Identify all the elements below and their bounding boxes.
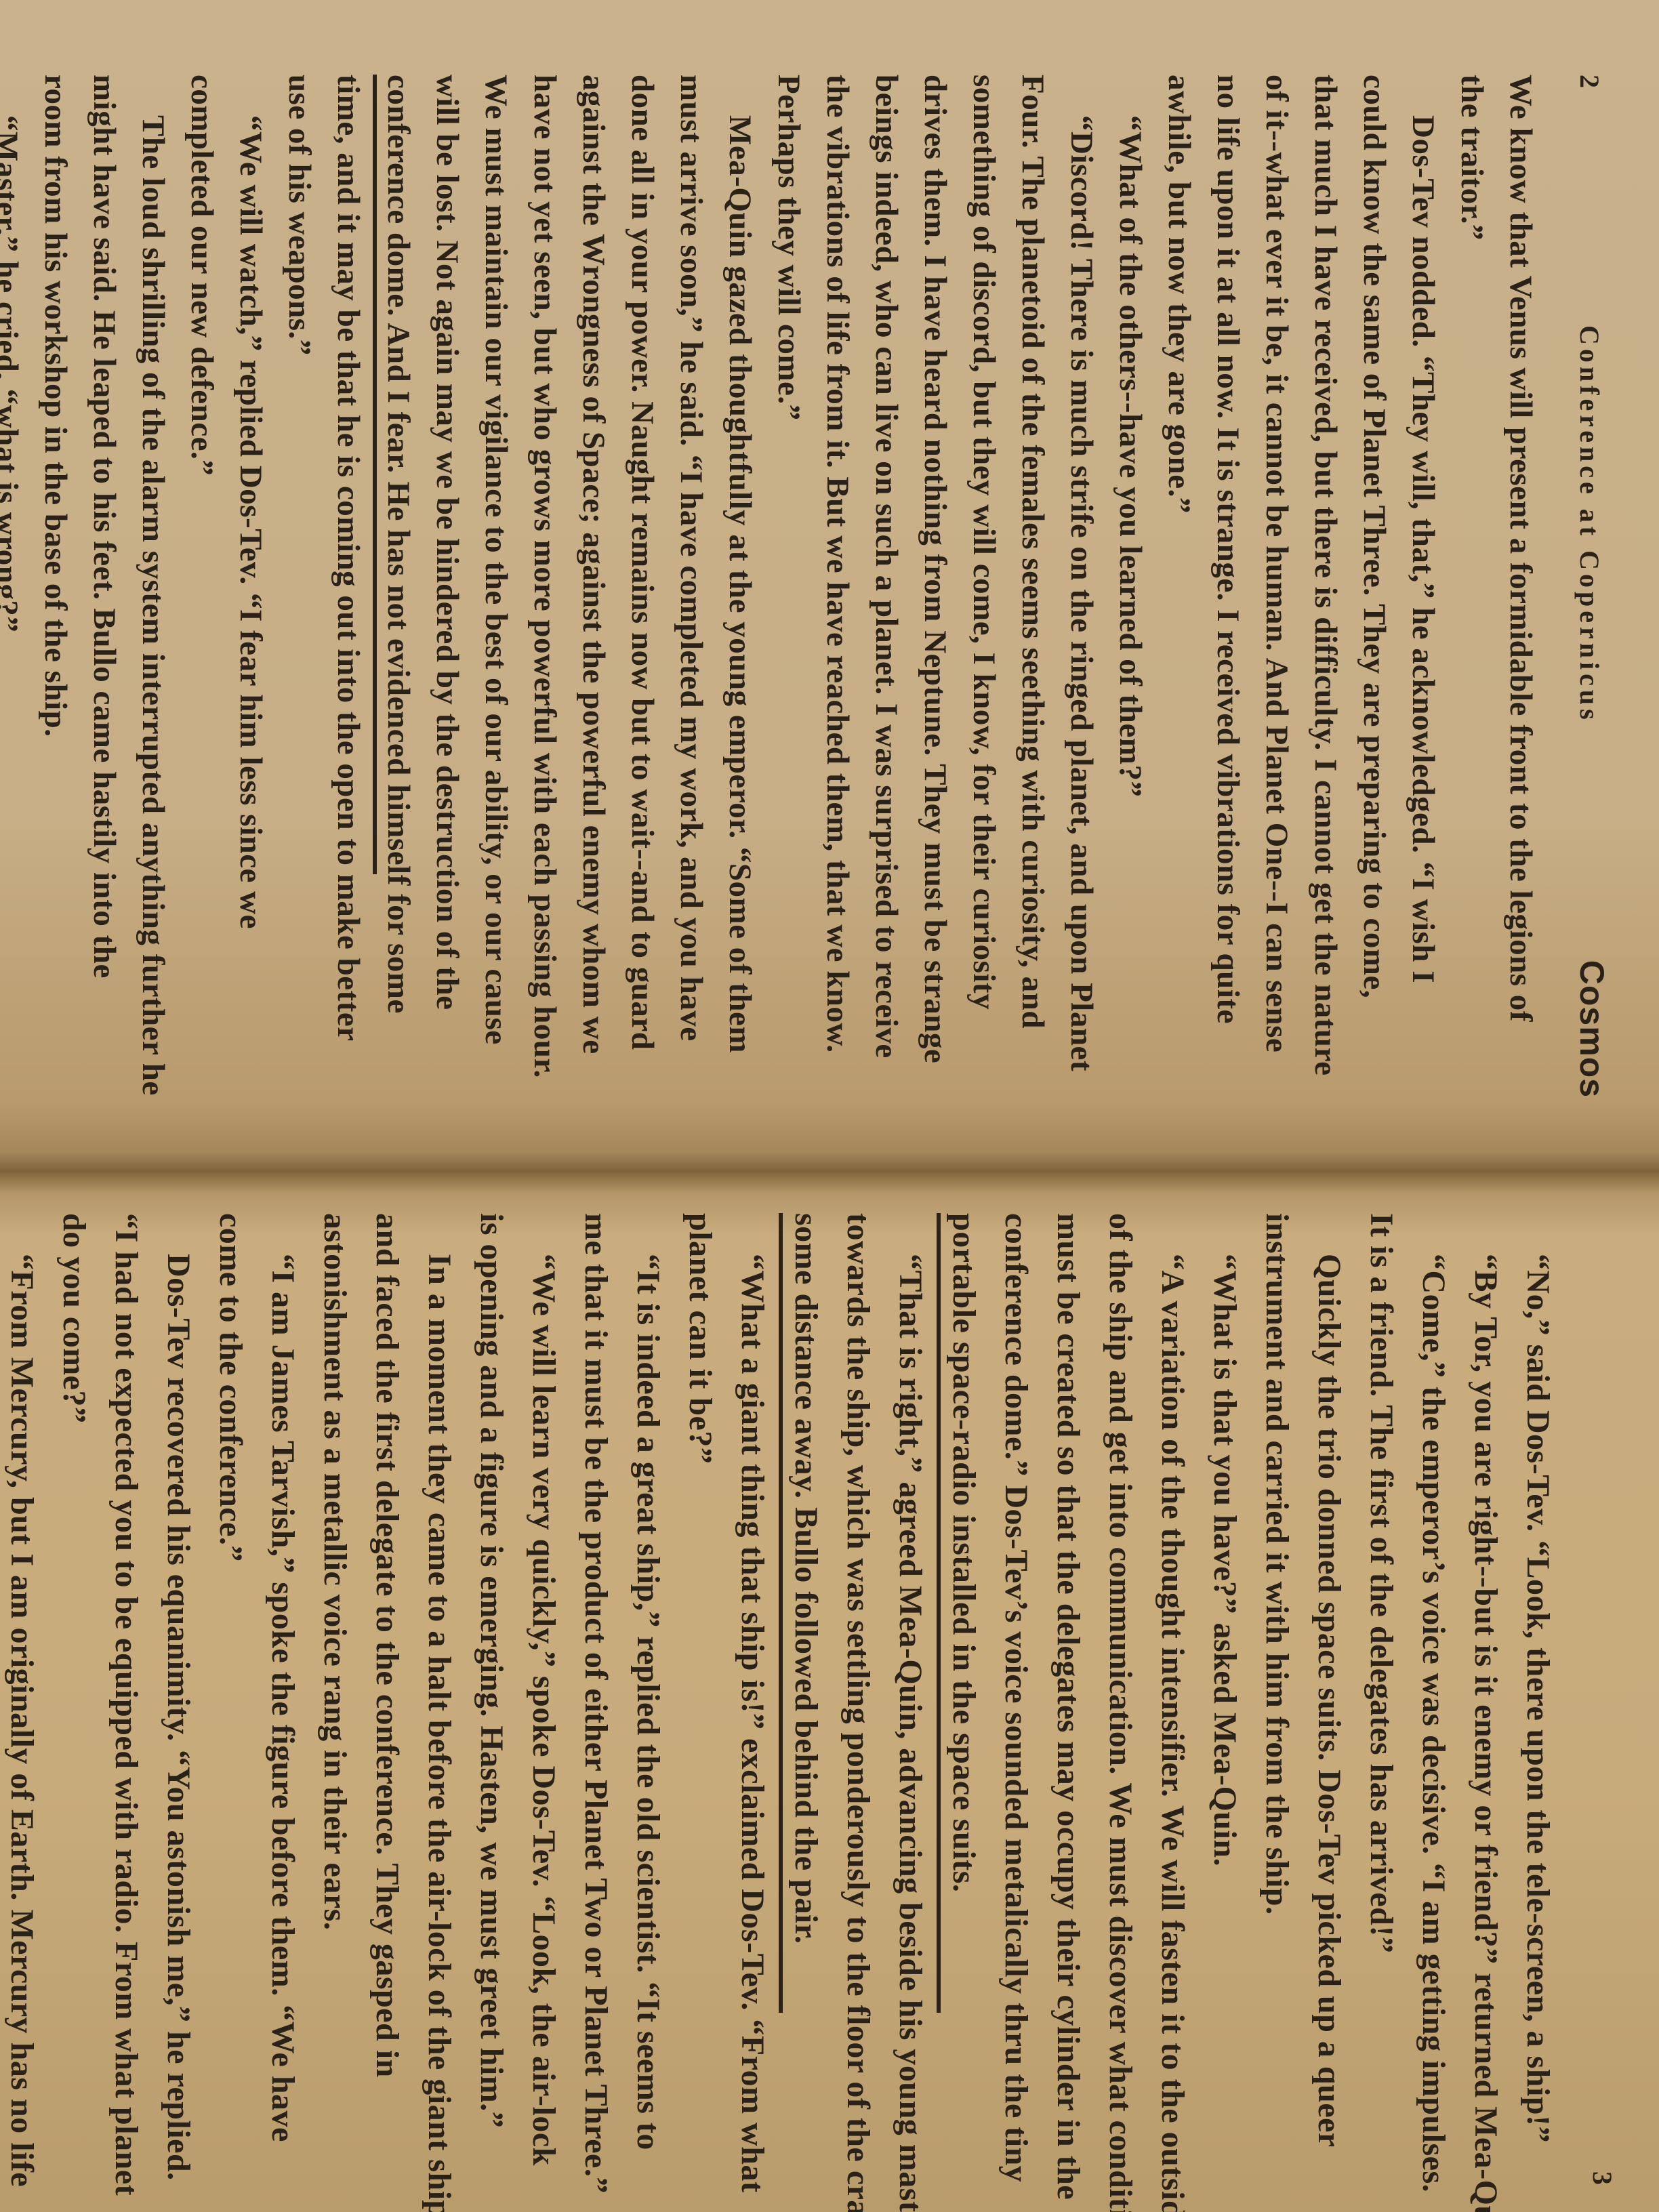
text-line: drives them. I have heard nothing from N… — [911, 75, 960, 1098]
text-line: “Come,” the emperor’s voice was decisive… — [1408, 1213, 1460, 2185]
text-line: “That is right,” agreed Mea-Quin, advanc… — [884, 1213, 937, 2185]
text-line: against the Wrongness of Space; against … — [569, 75, 618, 1098]
text-line: the traitor.” — [1448, 75, 1496, 1098]
text-line: come to the conference.” — [205, 1213, 257, 2185]
text-line: and faced the first delegate to the conf… — [361, 1213, 413, 2185]
text-line: room from his workshop in the base of th… — [31, 75, 80, 1098]
text-line: “A variation of the thought intensifier.… — [1147, 1213, 1199, 2185]
text-line: completed our new defence.” — [178, 75, 226, 1098]
running-title: Conference at Copernicus — [1574, 325, 1605, 724]
text-line: It is a friend. The first of the delegat… — [1355, 1213, 1408, 2185]
text-line: will be lost. Not again may we be hinder… — [423, 75, 472, 1098]
text-line: of the ship and get into communication. … — [1094, 1213, 1147, 2185]
text-line: “We will watch,” replied Dos-Tev. “I fea… — [226, 75, 275, 1098]
text-line: Four. The planetoid of the females seems… — [1008, 75, 1057, 1098]
text-line: time, and it may be that he is coming ou… — [324, 75, 373, 1098]
text-line: “From Mercury, but I am originally of Ea… — [0, 1213, 48, 2185]
text-line: some distance away. Bullo followed behin… — [780, 1213, 832, 2185]
text-line: Dos-Tev recovered his equanimity. “You a… — [152, 1213, 205, 2185]
text-line: Perhaps they will come.” — [764, 75, 813, 1098]
text-line: done all in your power. Naught remains n… — [618, 75, 667, 1098]
text-line: “It is indeed a great ship,” replied the… — [622, 1213, 674, 2185]
text-line: something of discord, but they will come… — [960, 75, 1008, 1098]
text-line: “I am James Tarvish,” spoke the figure b… — [257, 1213, 309, 2185]
left-page-text: We know that Venus will present a formid… — [0, 75, 1545, 1098]
text-line: We must maintain our vigilance to the be… — [472, 75, 520, 1098]
text-line: is opening and a figure is emerging. Has… — [466, 1213, 518, 2185]
text-line: planet can it be?” — [674, 1213, 726, 2185]
text-line: “By Tor, you are right--but is it enemy … — [1460, 1213, 1512, 2185]
text-line: conference dome. And I fear. He has not … — [374, 75, 423, 1098]
text-line: Dos-Tev nodded. “They will, that,” he ac… — [1399, 75, 1448, 1098]
text-line: do you come?” — [48, 1213, 100, 2185]
text-line: could know the same of Planet Three. The… — [1350, 75, 1399, 1098]
page-number: 3 — [1586, 2171, 1618, 2185]
text-line: Mea-Quin gazed thoughtfully at the young… — [716, 75, 764, 1098]
text-line: In a moment they came to a halt before t… — [413, 1213, 466, 2185]
text-line: “What a giant thing that ship is!” excla… — [726, 1213, 779, 2185]
text-line: no life upon it at all now. It is strang… — [1204, 75, 1252, 1098]
text-line: The loud shrilling of the alarm system i… — [129, 75, 178, 1098]
text-line: conference dome.” Dos-Tev’s voice sounde… — [990, 1213, 1042, 2185]
running-head: 2 Conference at Copernicus Cosmos — [1572, 75, 1612, 1098]
text-line: beings indeed, who can live on such a pl… — [862, 75, 911, 1098]
text-line: “No,” said Dos-Tev. “Look, there upon th… — [1512, 1213, 1564, 2185]
text-line: astonishment as a metallic voice rang in… — [309, 1213, 361, 2185]
text-line: “What of the others--have you learned of… — [1106, 75, 1155, 1098]
text-line: “Master,” he cried, “what is wrong?” — [0, 75, 31, 1098]
text-line: portable space-radio installed in the sp… — [938, 1213, 990, 2185]
right-page: 3 “No,” said Dos-Tev. “Look, there upon … — [0, 1172, 1659, 2212]
text-line: have not yet seen, but who grows more po… — [520, 75, 569, 1098]
right-page-text: “No,” said Dos-Tev. “Look, there upon th… — [0, 1213, 1564, 2185]
text-line: must be created so that the delegates ma… — [1042, 1213, 1094, 2185]
text-line: might have said. He leaped to his feet. … — [80, 75, 129, 1098]
header-spacer — [1564, 1213, 1612, 2185]
text-line: me that it must be the product of either… — [570, 1213, 622, 2185]
text-line: of it--what ever it be, it cannot be hum… — [1252, 75, 1301, 1098]
left-page: 2 Conference at Copernicus Cosmos We kno… — [0, 0, 1659, 1172]
text-line: We know that Venus will present a formid… — [1496, 75, 1545, 1098]
text-line: that much I have received, but there is … — [1301, 75, 1350, 1098]
text-line: “Discord! There is much strife on the ri… — [1057, 75, 1106, 1098]
text-line: the vibrations of life from it. But we h… — [813, 75, 862, 1098]
book-spread: 2 Conference at Copernicus Cosmos We kno… — [0, 0, 1659, 2212]
text-line: “What is that you have?” asked Mea-Quin. — [1199, 1213, 1251, 2185]
text-line: towards the ship, which was settling pon… — [832, 1213, 884, 2185]
text-line: Quickly the trio donned space suits. Dos… — [1303, 1213, 1355, 2185]
text-line: awhile, but now they are gone.” — [1155, 75, 1204, 1098]
text-line: instrument and carried it with him from … — [1251, 1213, 1303, 2185]
text-line: must arrive soon,” he said. “I have comp… — [667, 75, 716, 1098]
magazine-name: Cosmos — [1572, 960, 1612, 1098]
text-line: “We will learn very quickly,” spoke Dos-… — [518, 1213, 570, 2185]
text-line: use of his weapons.” — [275, 75, 324, 1098]
page-number: 2 — [1574, 75, 1605, 89]
text-line: “I had not expected you to be equipped w… — [100, 1213, 152, 2185]
